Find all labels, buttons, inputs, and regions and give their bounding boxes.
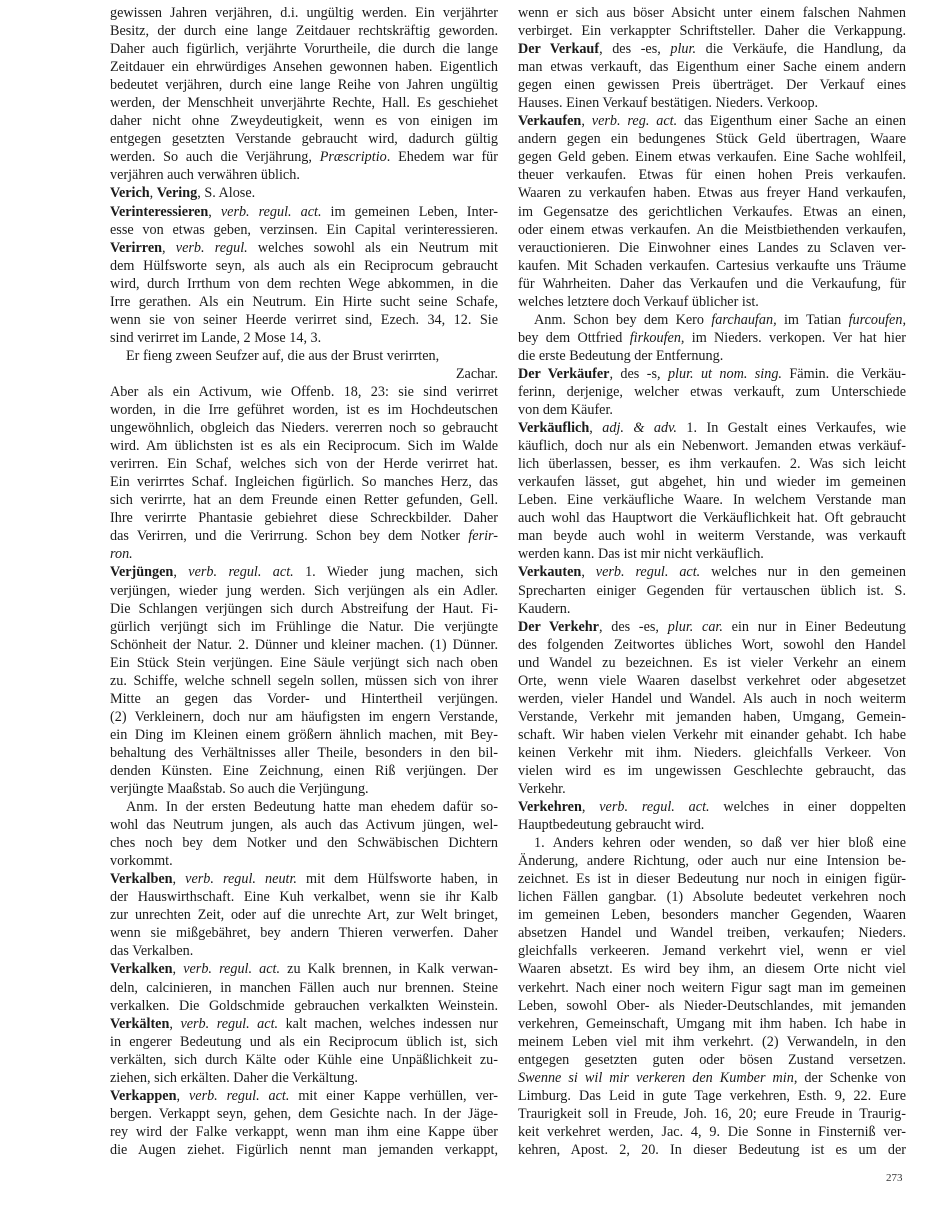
text-line: verkehrt. Nach einer noch weitern Figur … (518, 979, 906, 997)
text-line: daher nicht ohne Zweydeutigkeit, wenn es… (110, 112, 498, 130)
text-line: Verkappen, verb. regul. act. mit einer K… (110, 1087, 498, 1105)
text-line: das Verkalben. (110, 942, 498, 960)
text-line: Ein verirrtes Schaf. Ingleichen figürlic… (110, 473, 498, 491)
text-line: werden, vieler Handel und Wandel. Als au… (518, 690, 906, 708)
text-line: Ein Stück Stein verjüngen. Eine Säule ve… (110, 654, 498, 672)
text-line: oder einem etwas verkaufen. An die Meist… (518, 221, 906, 239)
text-line: verjähren auch verwähren üblich. (110, 166, 498, 184)
text-line: kehren, Apost. 2, 20. In dieser Bedeutun… (518, 1141, 906, 1159)
text-line: ungewöhnlich, obgleich das Nieders. vere… (110, 419, 498, 437)
text-line: Daher auch figürlich, verjährte Vorurthe… (110, 40, 498, 58)
text-line: lichen Fällen gangbar. (1) Absolute bede… (518, 888, 906, 906)
text-line: schaft. Wir haben vielen Verkehr mit ein… (518, 726, 906, 744)
text-line: Anm. In der ersten Bedeutung hatte man e… (110, 798, 498, 816)
text-line: keit verkehret werden, Jac. 4, 9. Die So… (518, 1123, 906, 1141)
text-line: verkalken. Die Goldschmide gebrauchen ve… (110, 997, 498, 1015)
dictionary-page: gewissen Jahren verjähren, d.i. ungültig… (0, 0, 935, 1210)
text-line: Verkälten, verb. regul. act. kalt machen… (110, 1015, 498, 1033)
text-line: im Gegensatze des gerichtlichen Verkaufe… (518, 203, 906, 221)
text-line: Verjüngen, verb. regul. act. 1. Wieder j… (110, 563, 498, 581)
text-line: die erste Bedeutung der Entfernung. (518, 347, 906, 365)
text-line: Verkauten, verb. regul. act. welches nur… (518, 563, 906, 581)
text-line: Verkaufen, verb. reg. act. das Eigenthum… (518, 112, 906, 130)
text-line: Waaren absetzt. Es wird bey ihm, an dies… (518, 960, 906, 978)
text-line: gegen Geld geben. Einem etwas verkaufen.… (518, 148, 906, 166)
text-line: worden, in die Irre geführet worden, ist… (110, 401, 498, 419)
text-line: Ihre verirrte Phantasie gebiehret diese … (110, 509, 498, 527)
text-line: andern gegen ein bedungenes Stück Geld ü… (518, 130, 906, 148)
text-line: das Verirren, und die Verirrung. Schon b… (110, 527, 498, 545)
text-line: 1. Anders kehren oder wenden, so daß ver… (518, 834, 906, 852)
text-line: Mitte an gegen das Vorder- und Hinterthe… (110, 690, 498, 708)
text-line: Swenne si wil mir verkeren den Kumber mi… (518, 1069, 906, 1087)
text-line: in engerer Bedeutung und als ein Recipro… (110, 1033, 498, 1051)
text-line: behaltung des Verhältnisses aller Theile… (110, 744, 498, 762)
text-line: Hauptbedeutung gebraucht wird. (518, 816, 906, 834)
text-line: ron. (110, 545, 498, 563)
text-line: bey dem Ottfried firkoufen, im Nieders. … (518, 329, 906, 347)
text-line: auch wohl das Hauptwort die Verkäuflichk… (518, 509, 906, 527)
text-line: bergen. Verkappt seyn, gehen, dem Gesich… (110, 1105, 498, 1123)
text-line: Orte, wenn viele Waaren daselbst verkehr… (518, 672, 906, 690)
text-line: Verkehren, verb. regul. act. welches in … (518, 798, 906, 816)
text-line: des folgenden Zeitwortes übliches Wort, … (518, 636, 906, 654)
text-line: Traurigkeit soll in Freude, Joh. 16, 20;… (518, 1105, 906, 1123)
text-line: man etwas verkauft, das Eigenthum einer … (518, 58, 906, 76)
text-line: esse von etwas geben, verzinsen. Ein Cap… (110, 221, 498, 239)
text-line: keinen Verkehr mit ihm. Nieders. gleichf… (518, 744, 906, 762)
text-line: wenn sie von seiner Heerde verirret sind… (110, 311, 498, 329)
text-line: käuflich, doch nur als ein Nebenwort. Je… (518, 437, 906, 455)
text-line: kaufen. Mit Schaden verkaufen. Cartesius… (518, 257, 906, 275)
text-line: Anm. Schon bey dem Kero farchaufan, im T… (518, 311, 906, 329)
text-line: welches letztere doch Verkauf üblicher i… (518, 293, 906, 311)
text-line: man beyde auch wohl in weiterm Verstande… (518, 527, 906, 545)
text-line: Schönheit der Natur. 2. Dünner und klein… (110, 636, 498, 654)
text-line: verauctionieren. Die Einwohner eines Lan… (518, 239, 906, 257)
text-line: deln, calcinieren, in manchen Fällen auc… (110, 979, 498, 997)
text-line: Limburg. Das Leid in gute Tage verkehren… (518, 1087, 906, 1105)
text-line: die Augen ziehet. Figürlich nennt man je… (110, 1141, 498, 1159)
text-line: Sprecharten einiger Gegenden für vertaus… (518, 582, 906, 600)
text-line: Verkalben, verb. regul. neutr. mit dem H… (110, 870, 498, 888)
text-line: gleichfalls verkeeren. Jemand verkehrt v… (518, 942, 906, 960)
text-line: Änderung, andere Richtung, oder auch nur… (518, 852, 906, 870)
text-line: Verinteressieren, verb. regul. act. im g… (110, 203, 498, 221)
text-line: für Wahrheiten. Daher das Verkaufen und … (518, 275, 906, 293)
text-line: werden, der Menschheit unverjährte Recht… (110, 94, 498, 112)
text-line: Leben. Eine verkäufliche Waare. In welch… (518, 491, 906, 509)
text-line: werden. So auch die Verjährung, Præscrip… (110, 148, 498, 166)
left-column: gewissen Jahren verjähren, d.i. ungültig… (110, 4, 498, 1159)
text-line: lich überlassen, besser, es ihm verkaufe… (518, 455, 906, 473)
text-line: wohl das Neutrum jungen, als auch das Ac… (110, 816, 498, 834)
text-line: ferinn, derjenige, welcher etwas verkauf… (518, 383, 906, 401)
text-line: Der Verkehr, des -es, plur. car. ein nur… (518, 618, 906, 636)
text-line: zur unrechten Zeit, oder auf die unrecht… (110, 906, 498, 924)
text-line: Hauses. Einen Verkauf bestätigen. Nieder… (518, 94, 906, 112)
text-line: Er fieng zween Seufzer auf, die aus der … (110, 347, 498, 365)
text-line: denden Künsten. Eine Zeichnung, einen Ri… (110, 762, 498, 780)
text-line: verjüngte Maaßstab. So auch die Verjüngu… (110, 780, 498, 798)
text-line: der Hauswirthschaft. Eine Kuh verkalbet,… (110, 888, 498, 906)
text-line: gewissen Jahren verjähren, d.i. ungültig… (110, 4, 498, 22)
text-line: (2) Verkleinern, doch nur am häufigsten … (110, 708, 498, 726)
text-line: Zeitdauer ein ehrwürdiges Ansehen gewonn… (110, 58, 498, 76)
text-line: Verstande, Verkehr mit jemanden haben, U… (518, 708, 906, 726)
text-line: entgegen gesetzten guten oder bösen Zust… (518, 1051, 906, 1069)
text-line: verbirget. Ein verkappter Schriftsteller… (518, 22, 906, 40)
text-line: ches noch bey dem Notker und den Schwäbi… (110, 834, 498, 852)
text-line: vielen wird es im ungewissen Geschlechte… (518, 762, 906, 780)
page-number: 273 (886, 1172, 903, 1184)
text-line: wenn sie mißgebähret, bey andern Thieren… (110, 924, 498, 942)
text-line: Der Verkauf, des -es, plur. die Verkäufe… (518, 40, 906, 58)
text-line: vorkommt. (110, 852, 498, 870)
text-line: verirren. Ein Schaf, welches sich von de… (110, 455, 498, 473)
text-line: gegen einen gewissen Preis überträget. D… (518, 76, 906, 94)
text-line: Verich, Vering, S. Alose. (110, 184, 498, 202)
text-line: Verirren, verb. regul. welches sowohl al… (110, 239, 498, 257)
text-line: bedeutet verjähren, durch eine lange Rei… (110, 76, 498, 94)
text-line: zeichnet. Es ist in dieser Bedeutung nur… (518, 870, 906, 888)
text-line: Verkehr. (518, 780, 906, 798)
text-line: Zachar. (110, 365, 498, 383)
text-line: Verkalken, verb. regul. act. zu Kalk bre… (110, 960, 498, 978)
right-column: wenn er sich aus böser Absicht unter ein… (518, 4, 906, 1159)
text-line: entgegen gesetzten Verstande gebraucht w… (110, 130, 498, 148)
text-line: gürlich verjüngt sich im Frühlinge die N… (110, 618, 498, 636)
text-line: Die Schlangen verjüngen sich durch Abstr… (110, 600, 498, 618)
text-line: dem Hülfsworte seyn, als auch als ein Re… (110, 257, 498, 275)
text-line: verjüngen, wieder jung werden. Sich verj… (110, 582, 498, 600)
text-line: Leben, sowohl Ober- als Nieder-Deutschla… (518, 997, 906, 1015)
text-line: verkehren, Gemeinschaft, Umgang mit ihm … (518, 1015, 906, 1033)
text-line: von dem Käufer. (518, 401, 906, 419)
text-line: sind verirret im Lande, 2 Mose 14, 3. (110, 329, 498, 347)
text-line: Der Verkäufer, des -s, plur. ut nom. sin… (518, 365, 906, 383)
text-line: sich verirrte, hat an dem Freunde einen … (110, 491, 498, 509)
text-line: absetzen Handel und Wandel treiben, verk… (518, 924, 906, 942)
text-line: ein Ding im Kleinen einem größern ähnlic… (110, 726, 498, 744)
text-line: Waaren zu verkaufen haben. Etwas aus fre… (518, 184, 906, 202)
text-line: und Wandel zu bezeichnen. Es ist vieler … (518, 654, 906, 672)
text-line: verkälten, sich durch Kälte oder Kühle e… (110, 1051, 498, 1069)
text-line: werden kann. Das ist mir nicht verkäufli… (518, 545, 906, 563)
text-line: Besitz, der durch eine lange Zeitdauer r… (110, 22, 498, 40)
text-line: zu. Schiffe, welche schnell segeln solle… (110, 672, 498, 690)
text-line: Verkäuflich, adj. & adv. 1. In Gestalt e… (518, 419, 906, 437)
text-line: wenn er sich aus böser Absicht unter ein… (518, 4, 906, 22)
text-line: Kaudern. (518, 600, 906, 618)
text-line: wird. Am üblichsten ist es als ein Recip… (110, 437, 498, 455)
text-line: wird, durch Irrthum von dem rechten Wege… (110, 275, 498, 293)
text-line: meinem Leben viel mit ihm verkehrt. (2) … (518, 1033, 906, 1051)
text-line: theuer verkaufen. Etwas für einen hohen … (518, 166, 906, 184)
text-line: rey wird der Falke verkappt, wenn man ih… (110, 1123, 498, 1141)
text-line: Irre gerathen. Als ein Neutrum. Ein Hirt… (110, 293, 498, 311)
text-line: Aber als ein Activum, wie Offenb. 18, 23… (110, 383, 498, 401)
text-line: verkaufen lässet, gut abgehet, hin und w… (518, 473, 906, 491)
text-line: im gemeinen Leben, besonders mancher Geg… (518, 906, 906, 924)
text-line: ziehen, sich erkälten. Daher die Verkält… (110, 1069, 498, 1087)
